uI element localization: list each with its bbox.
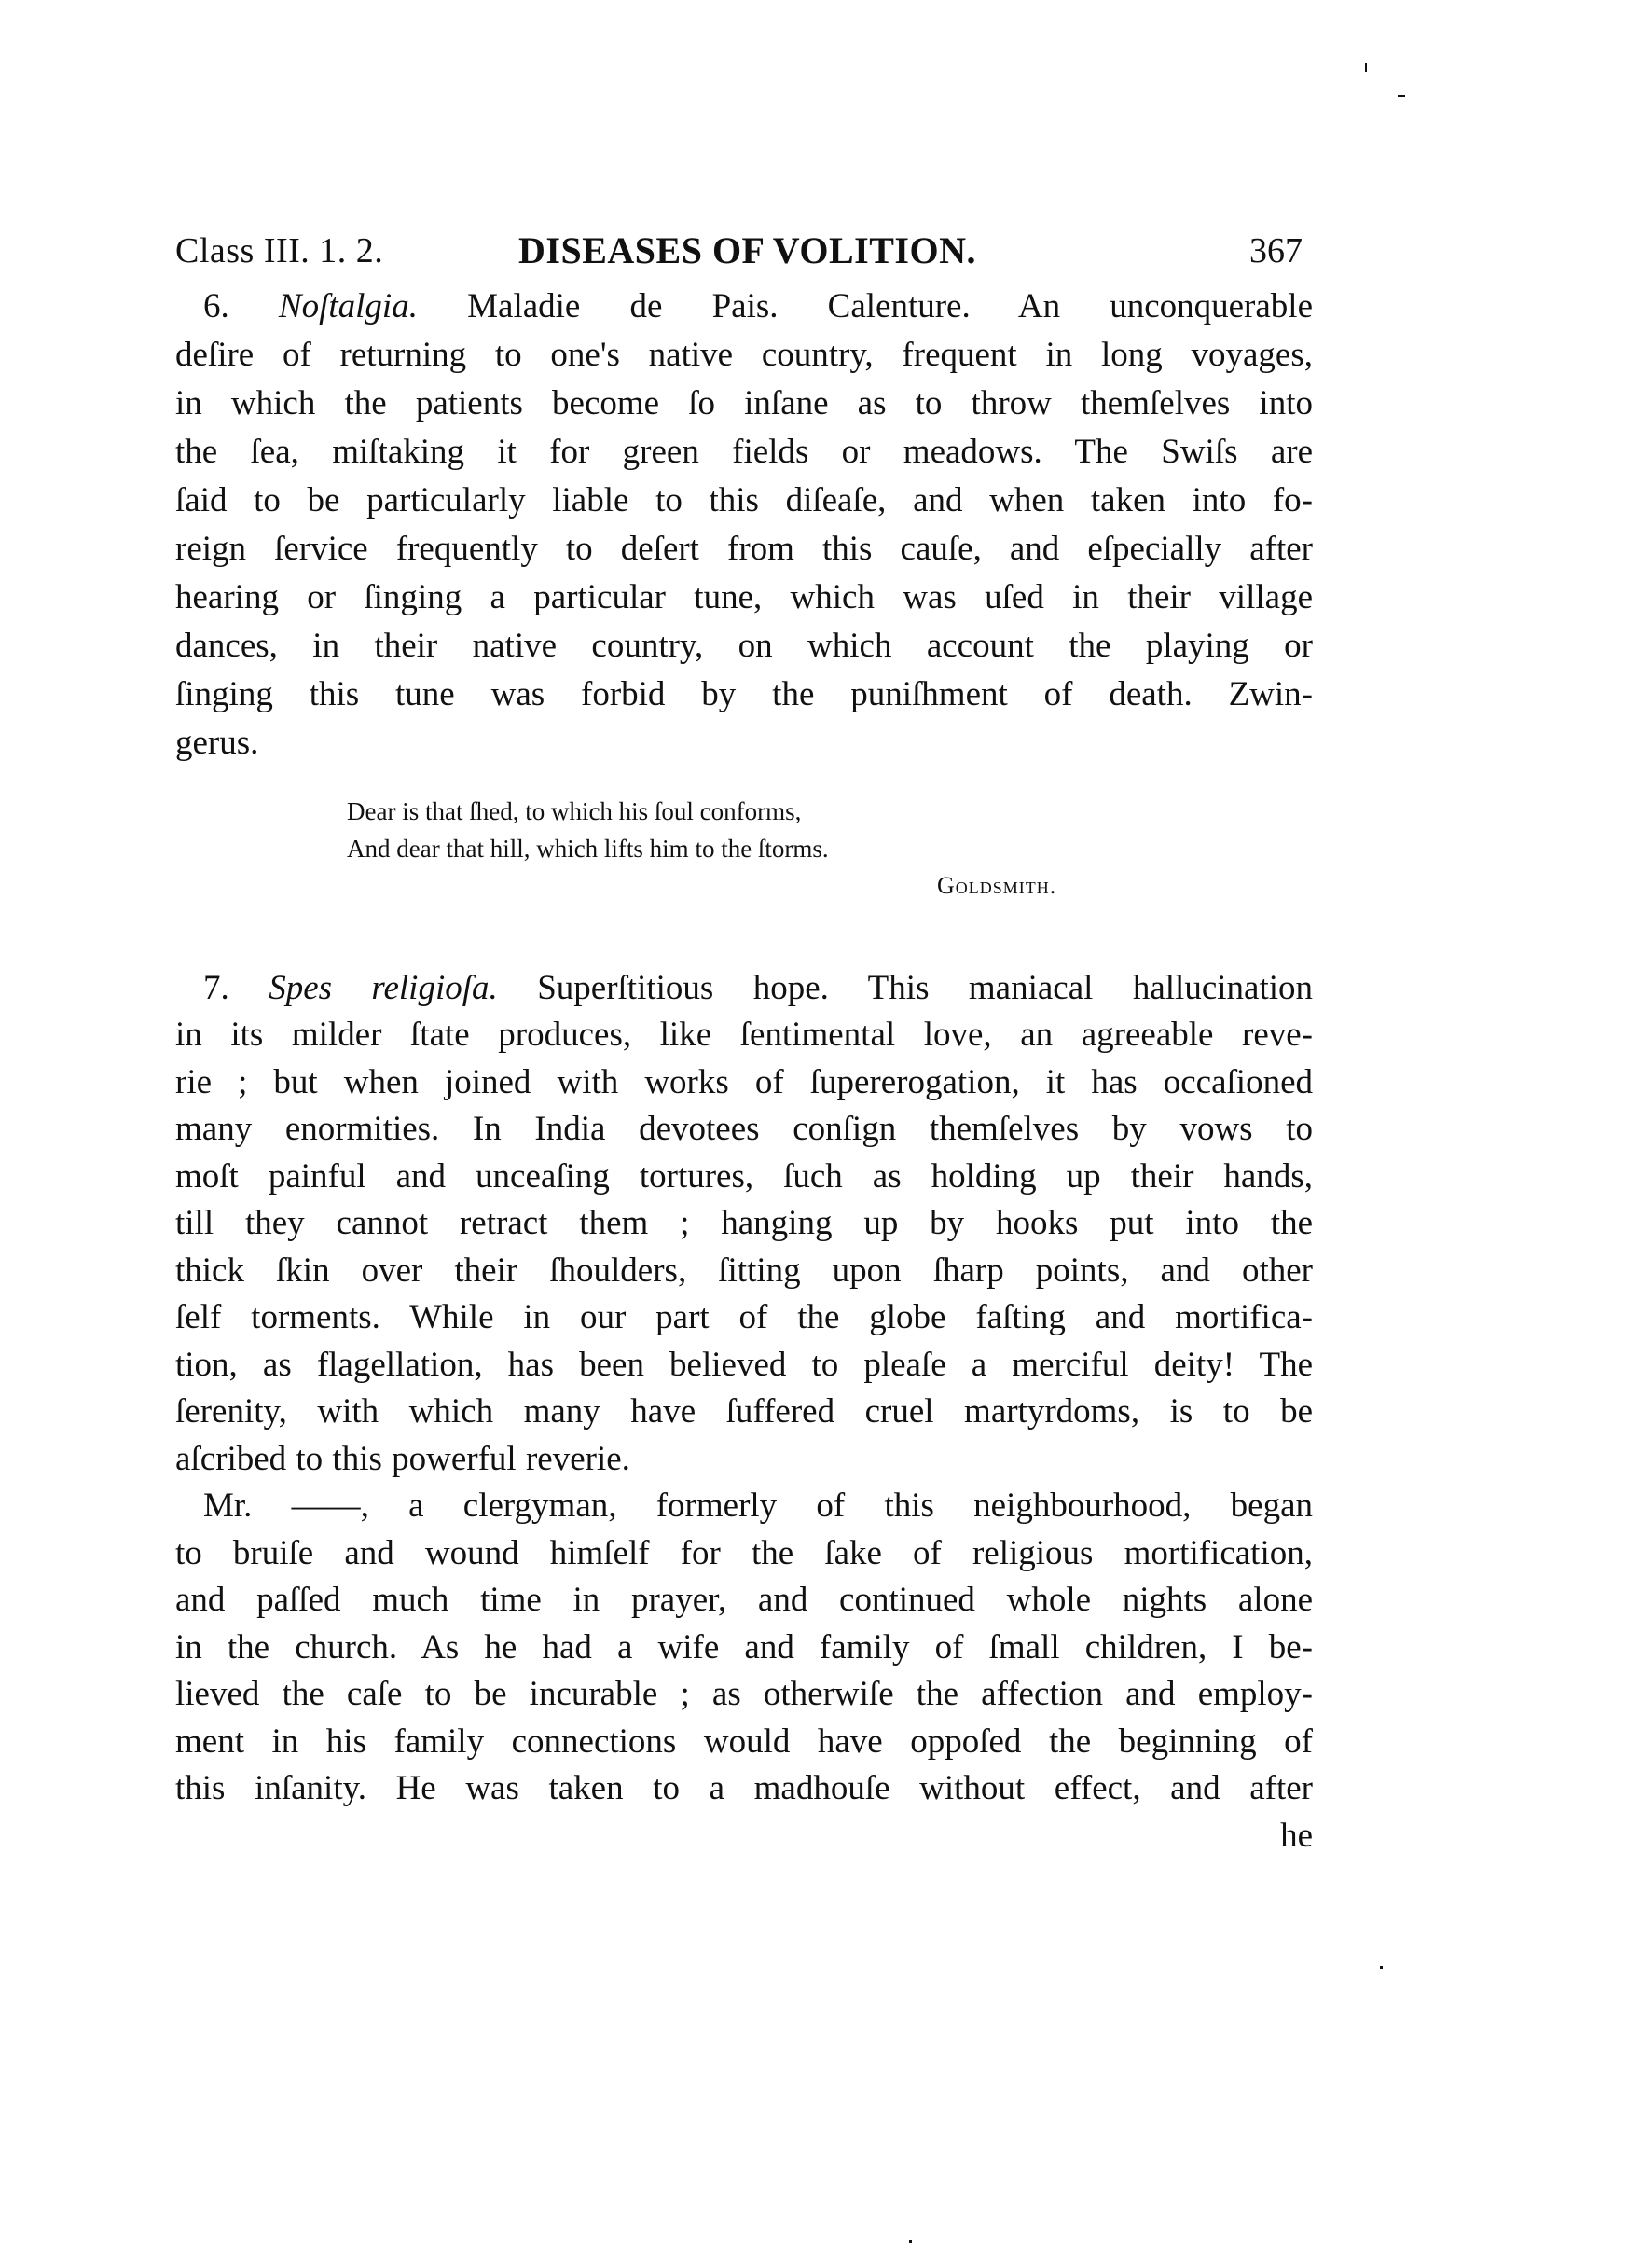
paragraph-6-line: deſire of returning to one's native coun…: [175, 331, 1313, 380]
paragraph-6-line: ſinging this tune was forbid by the puni…: [175, 671, 1313, 719]
scan-speck: [1380, 1966, 1383, 1969]
quotation-line: And dear that hill, which lifts him to t…: [347, 830, 829, 867]
paragraph-7-line: ſelf torments. While in our part of the …: [175, 1293, 1313, 1342]
paragraph-7-line: tion, as flagellation, has been believed…: [175, 1341, 1313, 1390]
running-head-title: DISEASES OF VOLITION.: [518, 227, 976, 275]
quotation-attribution: Goldsmith.: [937, 867, 1056, 905]
paragraph-6-line: hearing or ſinging a particular tune, wh…: [175, 574, 1313, 622]
paragraph-6-line: ſaid to be particularly liable to this d…: [175, 477, 1313, 525]
attribution-text: Goldsmith.: [937, 872, 1056, 899]
paragraph-6-line: the ſea, miſtaking it for green fields o…: [175, 428, 1313, 477]
paragraph-7-line: ſerenity, with which many have ſuffered …: [175, 1388, 1313, 1436]
scan-speck: [1398, 95, 1405, 97]
paragraph-6-line: in which the patients become ſo inſane a…: [175, 380, 1313, 428]
paragraph-7-line: rie ; but when joined with works of ſupe…: [175, 1058, 1313, 1107]
paragraph-7-line: many enormities. In India devotees conſi…: [175, 1105, 1313, 1154]
book-page: Class III. 1. 2. DISEASES OF VOLITION. 3…: [0, 0, 1641, 2268]
line-text: Superſtitious hope. This maniacal halluc…: [537, 969, 1313, 1007]
paragraph-8-line: and paſſed much time in prayer, and cont…: [175, 1576, 1313, 1625]
paragraph-7-line: thick ſkin over their ſhoulders, ſitting…: [175, 1247, 1313, 1295]
section-term: Spes religioſa.: [269, 969, 498, 1007]
scan-speck: [909, 2240, 912, 2243]
section-term: Noſtalgia.: [279, 287, 418, 325]
paragraph-8-line: lieved the caſe to be incurable ; as oth…: [175, 1670, 1313, 1719]
paragraph-7-line: aſcribed to this powerful reverie.: [175, 1435, 1313, 1484]
paragraph-6-line: dances, in their native country, on whic…: [175, 622, 1313, 671]
running-head-class: Class III. 1. 2.: [175, 227, 383, 275]
page-number: 367: [1249, 227, 1303, 275]
paragraph-8-line: in the church. As he had a wife and fami…: [175, 1624, 1313, 1672]
scan-speck: [1365, 63, 1367, 72]
paragraph-6-line: gerus.: [175, 719, 1313, 768]
paragraph-7-line: 7. Spes religioſa. Superſtitious hope. T…: [203, 964, 1313, 1013]
paragraph-8-line: this inſanity. He was taken to a madhouſ…: [175, 1764, 1313, 1813]
paragraph-8-line: Mr. ——, a clergyman, formerly of this ne…: [203, 1482, 1313, 1530]
paragraph-6-line: 6. Noſtalgia. Maladie de Pais. Calenture…: [203, 283, 1313, 331]
paragraph-6-line: reign ſervice frequently to deſert from …: [175, 525, 1313, 574]
line-text: Maladie de Pais. Calenture. An unconquer…: [467, 287, 1313, 325]
section-number: 6.: [203, 287, 229, 325]
paragraph-7-line: moſt painful and unceaſing tortures, ſuc…: [175, 1153, 1313, 1201]
quotation-line: Dear is that ſhed, to which his ſoul con…: [347, 793, 801, 830]
paragraph-7-line: in its milder ſtate produces, like ſenti…: [175, 1011, 1313, 1059]
paragraph-8-line: to bruiſe and wound himſelf for the ſake…: [175, 1529, 1313, 1578]
paragraph-8-line: ment in his family connections would hav…: [175, 1718, 1313, 1766]
paragraph-7-line: till they cannot retract them ; hanging …: [175, 1199, 1313, 1248]
catchword: he: [175, 1812, 1313, 1860]
section-number: 7.: [203, 969, 229, 1007]
